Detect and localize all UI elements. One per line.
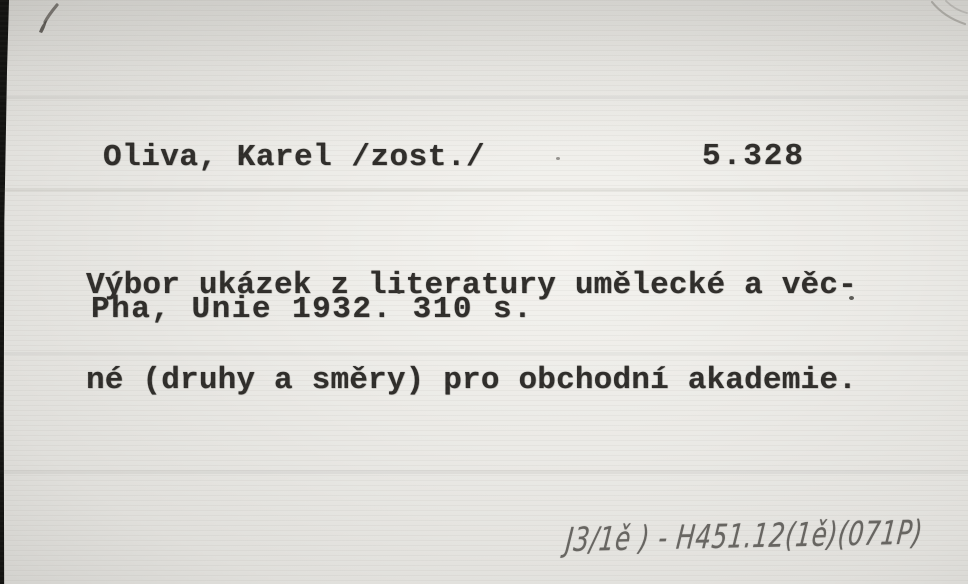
title-line-2: né (druhy a směry) pro obchodní akademie… [86, 365, 857, 397]
title-block: Výbor ukázek z literatury umělecké a věc… [86, 207, 857, 459]
catalog-card-scan: Oliva, Karel /zost./ 5.328 Výbor ukázek … [0, 0, 968, 584]
scan-band [0, 96, 968, 99]
scan-edge-left [0, 0, 9, 584]
scan-edge-top [0, 0, 968, 6]
handwritten-shelfmark: J3/1ě ) - H451.12(1ě)(071P) [564, 513, 925, 560]
imprint-line: Pha, Unie 1932. 310 s. [91, 292, 533, 327]
ink-speck [849, 296, 854, 300]
scan-band [0, 470, 968, 474]
ink-speck [556, 157, 560, 160]
pencil-squiggle [922, 0, 968, 32]
author-line: Oliva, Karel /zost./ [103, 140, 485, 175]
ink-speck [397, 290, 401, 294]
scan-band [0, 188, 968, 192]
call-number: 5.328 [702, 139, 805, 174]
pencil-check-mark [30, 3, 66, 39]
